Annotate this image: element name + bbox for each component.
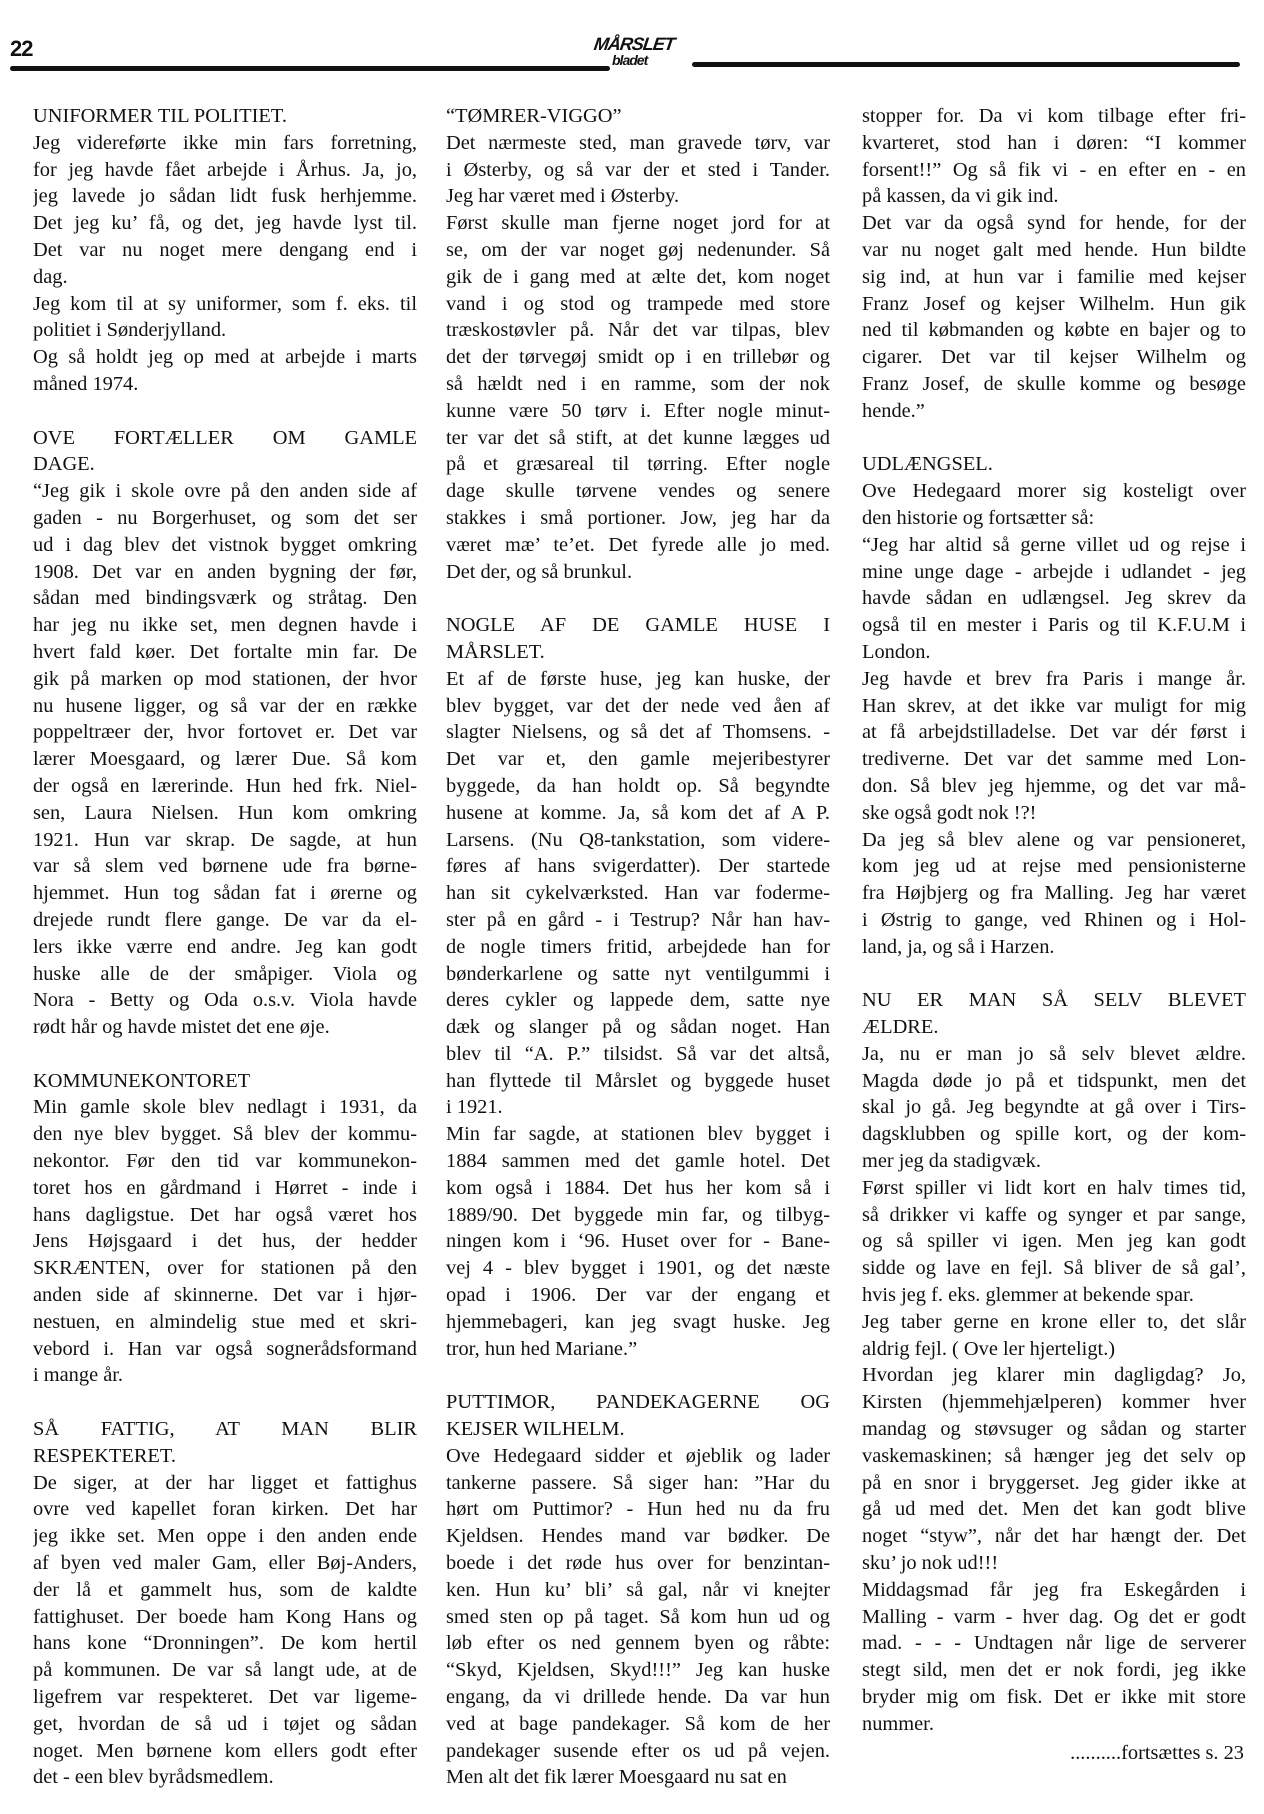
body-line: ningen kom i ‘96. Huset over for - Bane-: [446, 1228, 830, 1255]
body-line: Det nærmeste sted, man gravede tørv, var: [446, 130, 830, 157]
body-line: Det der, og så brunkul.: [446, 559, 830, 586]
body-line: Da jeg så blev alene og var pensioneret,: [862, 827, 1246, 854]
body-line: der også en lærerinde. Hun hed frk. Niel…: [33, 773, 417, 800]
body-line: drejede rundt flere gange. De var da el-: [33, 907, 417, 934]
body-line: dagsklubben og spille kort, og der kom-: [862, 1121, 1246, 1148]
body-line: nu husene ligger, og så var der en række: [33, 693, 417, 720]
body-line: Franz Josef, de skulle komme og besøge: [862, 371, 1246, 398]
body-line: engang, da vi drillede hende. Da var hun: [446, 1684, 830, 1711]
body-line: den historie og fortsætter så:: [862, 505, 1246, 532]
body-line: kom også i 1884. Det hus her kom så i: [446, 1175, 830, 1202]
article-section: “TØMRER-VIGGO”Det nærmeste sted, man gra…: [446, 103, 830, 585]
section-heading: NOGLE AF DE GAMLE HUSE I: [446, 612, 830, 639]
body-line: ligefrem var respekteret. Det var ligeme…: [33, 1684, 417, 1711]
article-section: UNIFORMER TIL POLITIET.Jeg videreførte i…: [33, 103, 417, 398]
continued-on-page-note: ..........fortsættes s. 23: [862, 1740, 1246, 1767]
body-line: don. Så blev jeg hjemme, og det var må-: [862, 773, 1246, 800]
body-line: tror, hun hed Mariane.”: [446, 1336, 830, 1363]
body-line: Et af de første huse, jeg kan huske, der: [446, 666, 830, 693]
body-line: ken. Hun ku’ bli’ så gal, når vi knejter: [446, 1577, 830, 1604]
section-heading: UDLÆNGSEL.: [862, 451, 1246, 478]
body-line: så drikker vi kaffe og synger et par san…: [862, 1202, 1246, 1229]
body-line: Min gamle skole blev nedlagt i 1931, da: [33, 1094, 417, 1121]
body-line: Min far sagde, at stationen blev bygget …: [446, 1121, 830, 1148]
body-line: 1884 sammen med det gamle hotel. Det: [446, 1148, 830, 1175]
section-heading: UNIFORMER TIL POLITIET.: [33, 103, 417, 130]
section-heading: PUTTIMOR, PANDEKAGERNE OG: [446, 1389, 830, 1416]
article-section: NU ER MAN SÅ SELV BLEVETÆLDRE.Ja, nu er …: [862, 987, 1246, 1737]
body-line: jeg lavede jo sådan lidt fusk herhjemme.: [33, 183, 417, 210]
body-line: der lå et gammelt hus, som de kaldte: [33, 1577, 417, 1604]
body-line: 1889/90. Det byggede min far, og tilbyg-: [446, 1202, 830, 1229]
body-line: dag.: [33, 264, 417, 291]
body-line: nestuen, en almindelig stue med et skri-: [33, 1309, 417, 1336]
article-section: UDLÆNGSEL.Ove Hedegaard morer sig kostel…: [862, 451, 1246, 960]
body-line: get, hvordan de så ud i tøjet og sådan: [33, 1711, 417, 1738]
body-line: deres cykler og lappede dem, satte nye: [446, 987, 830, 1014]
page-header: 22 MÅRSLET bladet: [0, 0, 1264, 90]
body-line: ske også godt nok !?!: [862, 800, 1246, 827]
body-line: fattighuset. Der boede ham Kong Hans og: [33, 1604, 417, 1631]
body-line: Det jeg ku’ få, og det, jeg havde lyst t…: [33, 210, 417, 237]
section-heading: KEJSER WILHELM.: [446, 1416, 830, 1443]
body-line: på en snor i bryggerset. Jeg gider ikke …: [862, 1470, 1246, 1497]
body-line: været mæ’ te’et. Det fyrede alle jo med.: [446, 532, 830, 559]
body-line: hjemmet. Hun tog sådan fat i ørerne og: [33, 880, 417, 907]
body-line: Kjeldsen. Hendes mand var bødker. De: [446, 1523, 830, 1550]
body-line: Det var et, den gamle mejeribestyrer: [446, 746, 830, 773]
section-heading: KOMMUNEKONTORET: [33, 1068, 417, 1095]
body-line: boede i det røde hus over for benzintan-: [446, 1550, 830, 1577]
body-line: kvarteret, stod han i døren: “I kommer: [862, 130, 1246, 157]
section-heading: NU ER MAN SÅ SELV BLEVET: [862, 987, 1246, 1014]
body-line: se, om der var noget gøj nedenunder. Så: [446, 237, 830, 264]
body-line: poppeltræer der, hvor fortovet er. Det v…: [33, 719, 417, 746]
body-line: aldrig fejl. ( Ove ler hjerteligt.): [862, 1336, 1246, 1363]
body-line: dage skulle tørvene vendes og senere: [446, 478, 830, 505]
body-line: ud i dag blev det vistnok bygget omkring: [33, 532, 417, 559]
column-1: UNIFORMER TIL POLITIET.Jeg videreførte i…: [33, 103, 417, 1814]
body-line: nummer.: [862, 1711, 1246, 1738]
logo-line2: bladet: [612, 52, 647, 68]
section-heading: DAGE.: [33, 451, 417, 478]
body-line: sig ind, at hun var i familie med kejser: [862, 264, 1246, 291]
body-line: sku’ jo nok ud!!!: [862, 1550, 1246, 1577]
body-line: ster på en gård - i Testrup? Når han hav…: [446, 907, 830, 934]
body-line: mad. - - - Undtagen når lige de serverer: [862, 1630, 1246, 1657]
body-line: også til en mester i Paris og til K.F.U.…: [862, 612, 1246, 639]
article-section: KOMMUNEKONTORETMin gamle skole blev nedl…: [33, 1068, 417, 1390]
body-line: i Østrig to gange, ved Rhinen og i Hol-: [862, 907, 1246, 934]
body-line: Men alt det fik lærer Moesgaard nu sat e…: [446, 1764, 830, 1791]
body-line: de nogle timers fritid, arbejdede han fo…: [446, 934, 830, 961]
body-line: gik de i gang med at ælte det, kom noget: [446, 264, 830, 291]
body-line: den nye blev bygget. Så blev der kommu-: [33, 1121, 417, 1148]
body-line: kunne være 50 tørv i. Efter nogle minut-: [446, 398, 830, 425]
body-line: hjemmebageri, kan jeg svagt huske. Jeg: [446, 1309, 830, 1336]
body-line: slagter Nielsens, og så det af Thomsens.…: [446, 719, 830, 746]
body-line: på kassen, da vi gik ind.: [862, 183, 1246, 210]
body-line: SKRÆNTEN, over for stationen på den: [33, 1255, 417, 1282]
body-line: at få arbejdstilladelse. Det var dér før…: [862, 719, 1246, 746]
body-line: trediverne. Det var det samme med Lon-: [862, 746, 1246, 773]
body-line: “Jeg har altid så gerne villet ud og rej…: [862, 532, 1246, 559]
body-line: Det var nu noget mere dengang end i: [33, 237, 417, 264]
body-line: han sit cykelværksted. Han var foderme-: [446, 880, 830, 907]
body-line: Først skulle man fjerne noget jord for a…: [446, 210, 830, 237]
section-heading: RESPEKTERET.: [33, 1443, 417, 1470]
body-line: bønderkarlene og satte nyt ventilgummi i: [446, 961, 830, 988]
page-number: 22: [10, 36, 32, 62]
body-line: kom jeg ud at rejse med pensionisterne: [862, 853, 1246, 880]
body-line: Nora - Betty og Oda o.s.v. Viola havde: [33, 987, 417, 1014]
body-line: på et græsareal til tørring. Efter nogle: [446, 451, 830, 478]
body-line: har jeg nu ikke set, men degnen havde i: [33, 612, 417, 639]
body-line: dæk og slanger på og sådan noget. Han: [446, 1014, 830, 1041]
body-line: opad i 1906. Der var der engang et: [446, 1282, 830, 1309]
body-line: gaden - nu Borgerhuset, og som det ser: [33, 505, 417, 532]
section-heading: OVE FORTÆLLER OM GAMLE: [33, 425, 417, 452]
body-line: sådan med bindingsværk og stråtag. Den: [33, 585, 417, 612]
column-3: stopper for. Da vi kom tilbage efter fri…: [862, 103, 1246, 1766]
body-line: skal jo gå. Jeg begyndte at gå over i Ti…: [862, 1094, 1246, 1121]
body-line: i Østerby, og så var der et sted i Tande…: [446, 157, 830, 184]
body-line: hans kone “Dronningen”. De kom hertil: [33, 1630, 417, 1657]
body-line: gå ud med det. Men det kan godt blive: [862, 1496, 1246, 1523]
body-line: Jeg har været med i Østerby.: [446, 183, 830, 210]
body-line: Først spiller vi lidt kort en halv times…: [862, 1175, 1246, 1202]
body-line: huske alle de der småpiger. Viola og: [33, 961, 417, 988]
body-line: Larsens. (Nu Q8-tankstation, som videre-: [446, 827, 830, 854]
body-line: var så slem ved børnene ude fra børne-: [33, 853, 417, 880]
body-line: vaskemaskinen; så hænger jeg det selv op: [862, 1443, 1246, 1470]
body-line: mer jeg da stadigvæk.: [862, 1148, 1246, 1175]
body-line: Middagsmad får jeg fra Eskegården i: [862, 1577, 1246, 1604]
body-line: sidde og lave en fejl. Så bliver de så g…: [862, 1255, 1246, 1282]
body-line: Jeg kom til at sy uniformer, som f. eks.…: [33, 291, 417, 318]
body-line: det - een blev byrådsmedlem.: [33, 1764, 417, 1791]
body-line: forsent!!” Og så fik vi - en efter en - …: [862, 157, 1246, 184]
article-section: PUTTIMOR, PANDEKAGERNE OGKEJSER WILHELM.…: [446, 1389, 830, 1791]
section-heading: “TØMRER-VIGGO”: [446, 103, 830, 130]
body-line: han flyttede til Mårslet og byggede huse…: [446, 1068, 830, 1095]
section-heading: SÅ FATTIG, AT MAN BLIR: [33, 1416, 417, 1443]
section-heading: MÅRSLET.: [446, 639, 830, 666]
body-line: byggede, da han holdt op. Så begyndte: [446, 773, 830, 800]
body-line: land, ja, og så i Harzen.: [862, 934, 1246, 961]
body-line: De siger, at der har ligget et fattighus: [33, 1470, 417, 1497]
body-line: blev bygget, var det der nede ved åen af: [446, 693, 830, 720]
body-line: jeg ikke set. Men oppe i den anden ende: [33, 1523, 417, 1550]
body-line: blev til “A. P.” tilsidst. Så var det al…: [446, 1041, 830, 1068]
body-line: Ove Hedegaard sidder et øjeblik og lader: [446, 1443, 830, 1470]
column-2: “TØMRER-VIGGO”Det nærmeste sted, man gra…: [446, 103, 830, 1814]
article-section: stopper for. Da vi kom tilbage efter fri…: [862, 103, 1246, 425]
body-line: Jeg havde et brev fra Paris i mange år.: [862, 666, 1246, 693]
masthead-logo: MÅRSLET bladet: [594, 34, 684, 74]
body-line: politiet i Sønderjylland.: [33, 317, 417, 344]
body-line: af byen ved maler Gam, eller Bøj-Anders,: [33, 1550, 417, 1577]
body-line: vebord i. Han var også sognerådsformand: [33, 1336, 417, 1363]
body-line: ned til købmanden og købte en bajer og t…: [862, 317, 1246, 344]
body-line: London.: [862, 639, 1246, 666]
body-line: Han skrev, at det ikke var muligt for mi…: [862, 693, 1246, 720]
body-line: træskostøvler på. Når det var tilpas, bl…: [446, 317, 830, 344]
body-line: Jens Højsgaard i det hus, der hedder: [33, 1228, 417, 1255]
body-line: noget. Men børnene kom ellers godt efter: [33, 1738, 417, 1765]
body-line: gik på marken op mod stationen, der hvor: [33, 666, 417, 693]
body-line: anden side af skinnerne. Det var i hjør-: [33, 1282, 417, 1309]
body-line: stakkes i små portioner. Jow, jeg har da: [446, 505, 830, 532]
body-line: 1908. Det var en anden bygning der før,: [33, 559, 417, 586]
body-line: hørt om Puttimor? - Hun hed nu da fru: [446, 1496, 830, 1523]
body-line: tankerne passere. Så siger han: ”Har du: [446, 1470, 830, 1497]
body-line: føres af hans svigerdatter). Der started…: [446, 853, 830, 880]
body-line: det der tørvegøj smidt op i en trillebør…: [446, 344, 830, 371]
body-line: 1921. Hun var skrap. De sagde, at hun: [33, 827, 417, 854]
body-line: hende.”: [862, 398, 1246, 425]
body-line: smed sten op på taget. Så kom hun ud og: [446, 1604, 830, 1631]
body-line: “Jeg gik i skole ovre på den anden side …: [33, 478, 417, 505]
article-section: SÅ FATTIG, AT MAN BLIRRESPEKTERET.De sig…: [33, 1416, 417, 1791]
body-line: mine unge dage - arbejde i udlandet - je…: [862, 559, 1246, 586]
body-line: mandag og støvsuger og sådan og starter: [862, 1416, 1246, 1443]
body-line: hans dagligstue. Det har også været hos: [33, 1202, 417, 1229]
body-line: Hvordan jeg klarer min dagligdag? Jo,: [862, 1362, 1246, 1389]
body-line: Og så holdt jeg op med at arbejde i mart…: [33, 344, 417, 371]
section-heading: ÆLDRE.: [862, 1014, 1246, 1041]
body-line: havde sådan en udlængsel. Jeg skrev da: [862, 585, 1246, 612]
body-line: måned 1974.: [33, 371, 417, 398]
body-line: lærer Moesgaard, og lærer Due. Så kom: [33, 746, 417, 773]
body-line: rødt hår og havde mistet det ene øje.: [33, 1014, 417, 1041]
body-line: cigarer. Det var til kejser Wilhelm og: [862, 344, 1246, 371]
body-line: og så spiller vi igen. Men jeg kan godt: [862, 1228, 1246, 1255]
body-line: hvert fald køer. Det fortalte min far. D…: [33, 639, 417, 666]
body-line: fra Højbjerg og fra Malling. Jeg har vær…: [862, 880, 1246, 907]
body-line: ved at bage pandekager. Så kom de her: [446, 1711, 830, 1738]
header-rule-right: [692, 62, 1240, 67]
body-line: sen, Laura Nielsen. Hun kom omkring: [33, 800, 417, 827]
body-line: hvis jeg f. eks. glemmer at bekende spar…: [862, 1282, 1246, 1309]
body-line: pandekager susende efter os ud på vejen.: [446, 1738, 830, 1765]
body-line: Jeg taber gerne en krone eller to, det s…: [862, 1309, 1246, 1336]
body-line: Magda døde jo på et tidspunkt, men det: [862, 1068, 1246, 1095]
body-line: stopper for. Da vi kom tilbage efter fri…: [862, 103, 1246, 130]
header-rule-left: [10, 66, 610, 71]
body-line: Malling - varm - hver dag. Og det er god…: [862, 1604, 1246, 1631]
body-line: løb efter os ned gennem byen og råbte:: [446, 1630, 830, 1657]
article-section: OVE FORTÆLLER OM GAMLEDAGE.“Jeg gik i sk…: [33, 425, 417, 1041]
body-line: noget “styw”, når det har hængt der. Det: [862, 1523, 1246, 1550]
body-line: “Skyd, Kjeldsen, Skyd!!!” Jeg kan huske: [446, 1657, 830, 1684]
body-line: bryder mig om fisk. Det er ikke mit stor…: [862, 1684, 1246, 1711]
body-line: Ja, nu er man jo så selv blevet ældre.: [862, 1041, 1246, 1068]
body-line: vej 4 - blev bygget i 1901, og det næste: [446, 1255, 830, 1282]
article-section: NOGLE AF DE GAMLE HUSE IMÅRSLET.Et af de…: [446, 612, 830, 1362]
body-line: stegt sild, men det er nok fordi, jeg ik…: [862, 1657, 1246, 1684]
body-line: Jeg videreførte ikke min fars forretning…: [33, 130, 417, 157]
body-line: så hældt ned i en ramme, som der nok: [446, 371, 830, 398]
body-line: for jeg havde fået arbejde i Århus. Ja, …: [33, 157, 417, 184]
body-line: ovre ved kapellet foran kirken. Det har: [33, 1496, 417, 1523]
body-line: nekontor. Før den tid var kommunekon-: [33, 1148, 417, 1175]
body-line: lers ikke værre end andre. Jeg kan godt: [33, 934, 417, 961]
body-line: i mange år.: [33, 1362, 417, 1389]
body-line: Franz Josef og kejser Wilhelm. Hun gik: [862, 291, 1246, 318]
body-line: i 1921.: [446, 1094, 830, 1121]
body-line: Ove Hedegaard morer sig kosteligt over: [862, 478, 1246, 505]
body-line: på kommunen. De var så langt ude, at de: [33, 1657, 417, 1684]
body-line: Det var da også synd for hende, for der: [862, 210, 1246, 237]
body-line: husene at komme. Ja, så kom det af A P.: [446, 800, 830, 827]
body-line: ter var det så stift, at det kunne lægge…: [446, 425, 830, 452]
body-line: toret hos en gårdmand i Hørret - inde i: [33, 1175, 417, 1202]
body-line: Kirsten (hjemmehjælperen) kommer hver: [862, 1389, 1246, 1416]
body-line: vand i og stod og trampede med store: [446, 291, 830, 318]
body-line: var nu noget galt med hende. Hun bildte: [862, 237, 1246, 264]
